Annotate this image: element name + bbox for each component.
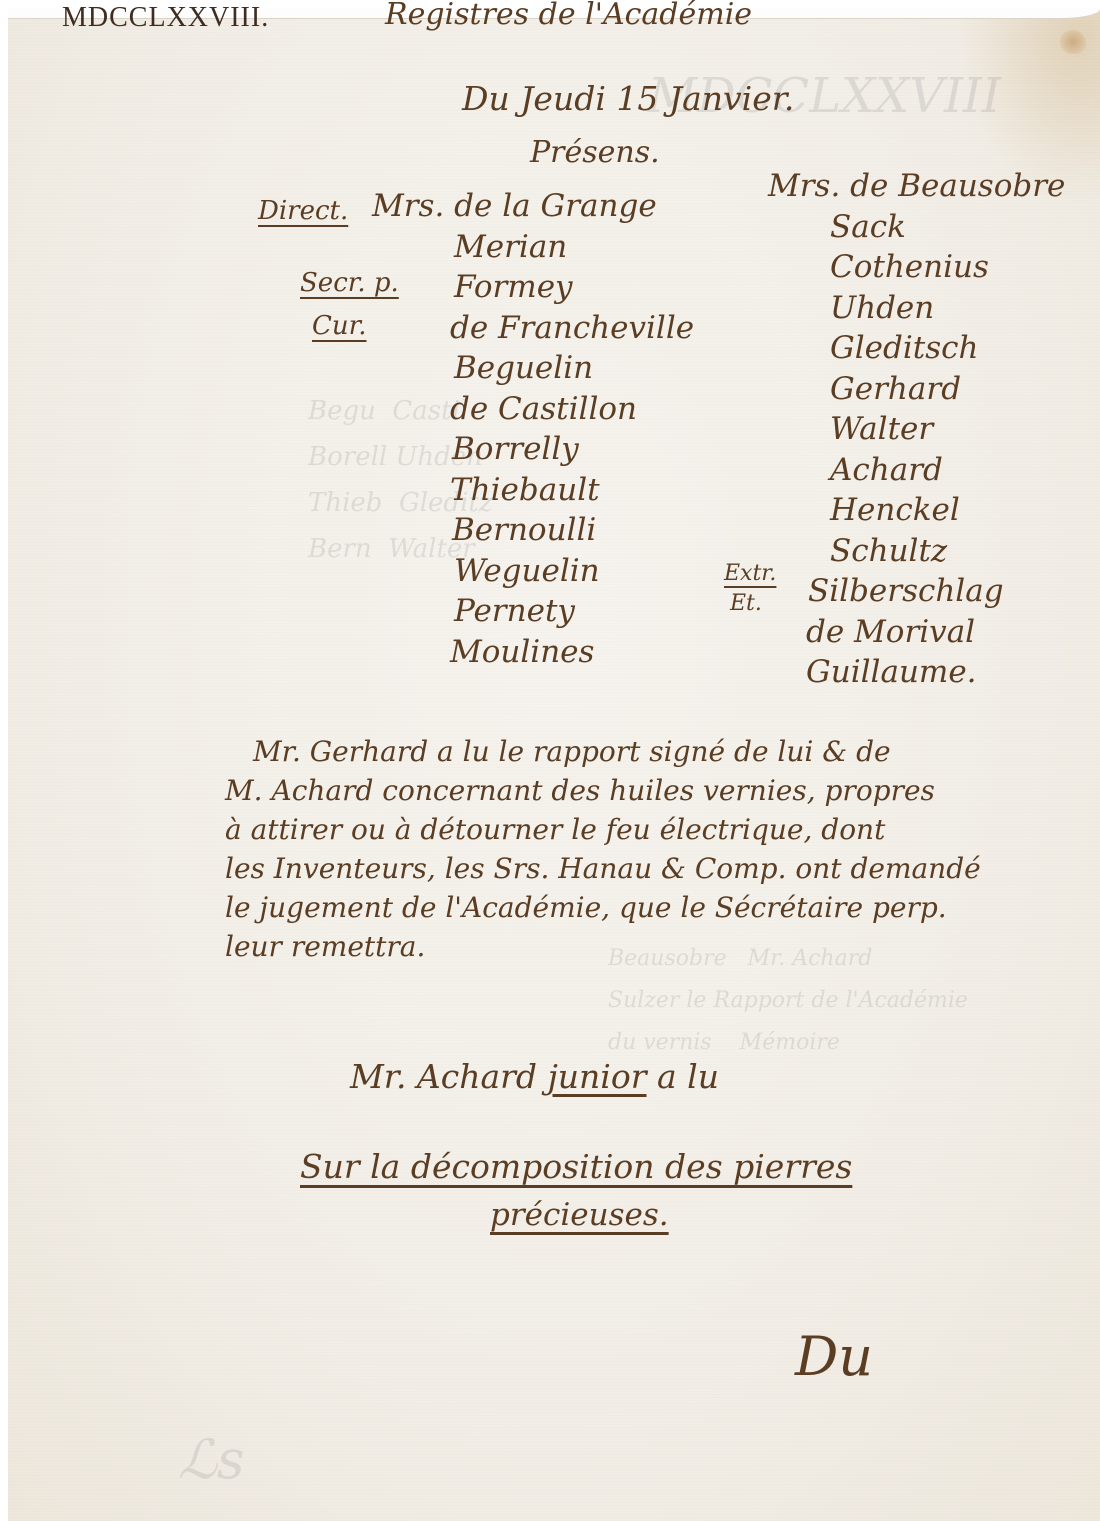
attendee-name: de Morival xyxy=(806,614,1100,655)
attendee-name: Silberschlag xyxy=(808,573,1100,614)
attendee-name: Moulines xyxy=(450,634,735,675)
attendee-name: de Francheville xyxy=(450,310,735,351)
attendee-name: Beguelin xyxy=(454,350,739,391)
attendee-name: Gleditsch xyxy=(830,330,1100,371)
attendee-name: Guillaume. xyxy=(806,654,1100,695)
minutes-line: à attirer ou à détourner le feu électriq… xyxy=(225,810,985,849)
reader-verb: a lu xyxy=(657,1057,719,1096)
attendee-name: Pernety xyxy=(454,593,739,634)
attendee-name: Henckel xyxy=(830,492,1100,533)
paper-title-line2: précieuses. xyxy=(490,1200,669,1231)
minutes-paragraph: Mr. Gerhard a lu le rapport signé de lui… xyxy=(225,732,985,966)
attendees-left-column: Mrs. de la Grange Merian Formey de Franc… xyxy=(372,188,657,674)
running-head: Registres de l'Académie xyxy=(385,0,752,30)
attendee-name: Borrelly xyxy=(452,431,737,472)
role-curator: Cur. xyxy=(312,313,366,339)
attendee-name: Bernoulli xyxy=(452,512,737,553)
minutes-line: Mr. Gerhard a lu le rapport signé de lui… xyxy=(225,732,985,771)
attendee-name: Uhden xyxy=(830,290,1100,331)
attendee-name: Thiebault xyxy=(450,472,735,513)
attendee-name: Walter xyxy=(830,411,1100,452)
attendee-name: Weguelin xyxy=(454,553,739,594)
minutes-line: le jugement de l'Académie, que le Sécrét… xyxy=(225,888,985,927)
minutes-line: leur remettra. xyxy=(225,927,985,966)
meeting-date: Du Jeudi 15 Janvier. xyxy=(462,82,794,115)
attendee-name: Schultz xyxy=(830,533,1100,574)
reader-name: Mr. Achard xyxy=(350,1057,537,1096)
reader-qualifier: junior xyxy=(548,1057,647,1096)
attendee-name: Mrs. de Beausobre xyxy=(768,168,1065,209)
attendee-name: Formey xyxy=(454,269,739,310)
minutes-line: les Inventeurs, les Srs. Hanau & Comp. o… xyxy=(225,849,985,888)
attendee-name: Cothenius xyxy=(830,249,1100,290)
attendee-name: Sack xyxy=(830,209,1100,250)
attendee-name: Achard xyxy=(830,452,1100,493)
attendee-name: de Castillon xyxy=(450,391,735,432)
bleed-through-paraph: ℒs xyxy=(178,1428,245,1491)
signature-paraph: Du xyxy=(795,1330,873,1384)
role-director: Direct. xyxy=(258,198,348,224)
attendee-name: Gerhard xyxy=(830,371,1100,412)
attendees-right-column: Mrs. de Beausobre Sack Cothenius Uhden G… xyxy=(768,168,1065,695)
year-numeral: MDCCLXXVIII. xyxy=(62,4,269,32)
presents-label: Présens. xyxy=(530,138,660,168)
foxing-stain xyxy=(1060,30,1086,54)
minutes-line: M. Achard concernant des huiles vernies,… xyxy=(225,771,985,810)
attendee-name: Merian xyxy=(454,229,739,270)
paper-title-line1: Sur la décomposition des pierres xyxy=(300,1150,852,1183)
attendee-name: Mrs. de la Grange xyxy=(372,188,657,229)
reading-entry: Mr. Achard junior a lu xyxy=(350,1060,719,1093)
